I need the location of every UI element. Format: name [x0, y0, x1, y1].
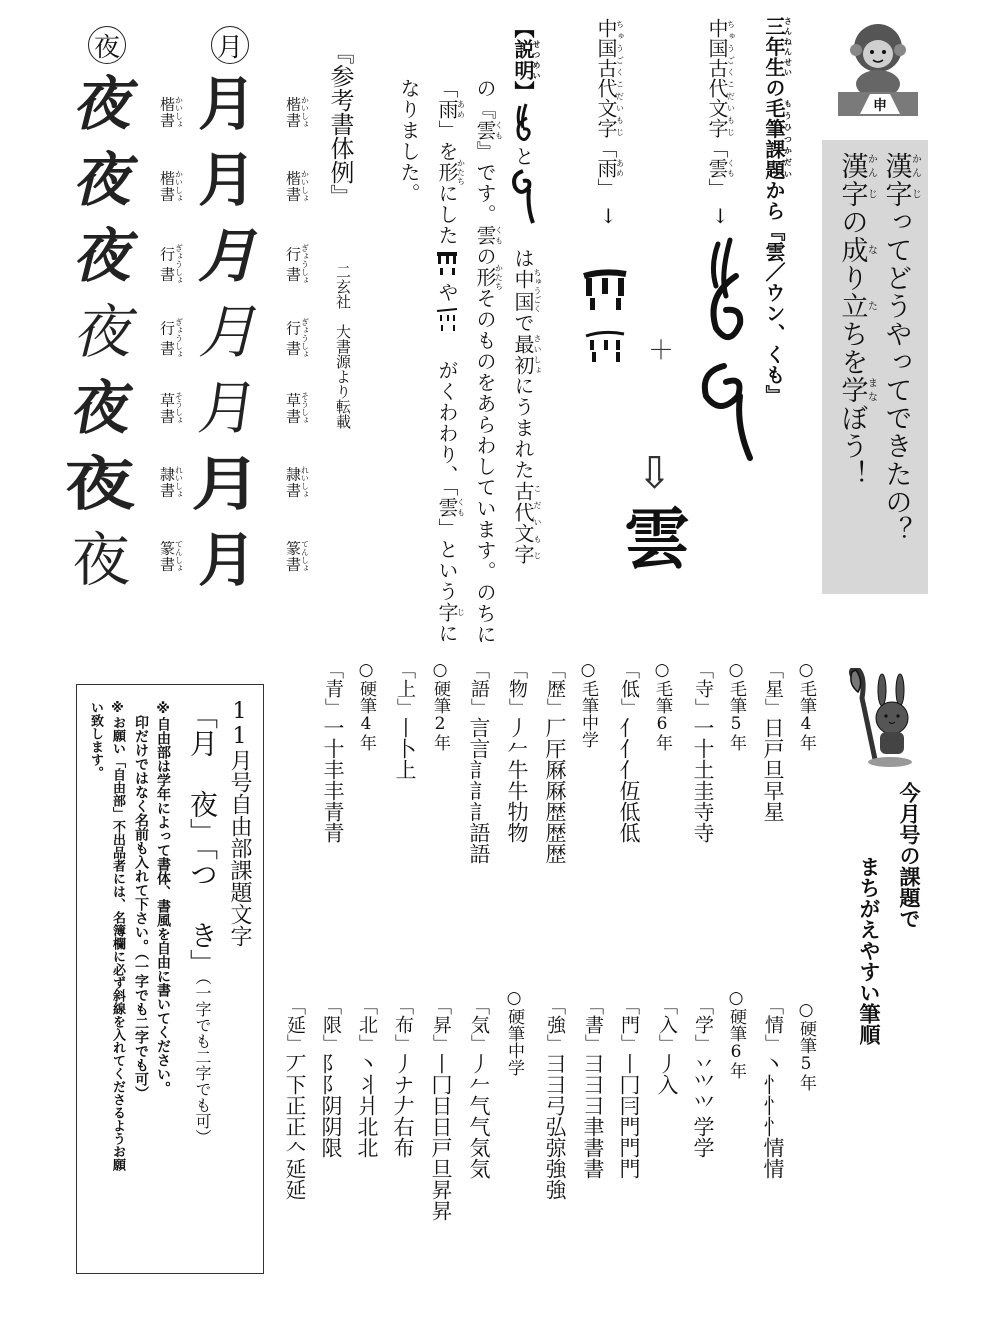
style-label: 楷書かいしょ: [284, 96, 309, 170]
tsuki-gyosho-2: 月: [198, 302, 264, 378]
kumo-glyph-inline-2: [514, 167, 538, 227]
grade-heading-mohitsu-chugaku: ○毛筆中学: [578, 660, 597, 748]
svg-text:申: 申: [873, 97, 887, 114]
result-kumo-char: 雲: [624, 504, 690, 574]
tsuki-tensho: 月: [198, 530, 264, 606]
yoru-reisho: 夜: [65, 454, 149, 530]
yoru-gyosho-2: 夜: [72, 302, 142, 378]
monkey-calligraphy-illustration: 申: [836, 14, 920, 118]
style-label: 行書ぎょうしょ: [158, 244, 183, 318]
stroke-order-title-line2: まちがえやすい筆順: [856, 856, 882, 1045]
stroke-order-row: 「昇」丨冂日日戸旦昇昇: [426, 996, 456, 1221]
explanation-line-2: の『雲くも』です。雲くもの形かたちそのものをあらわしています。のちに: [470, 78, 503, 645]
yoru-gyosho-1: 夜: [72, 226, 142, 302]
stroke-order-row: 「延」丆下正正𠆢延延: [280, 996, 310, 1200]
grade-heading-mohitsu-5: ○毛筆5年: [726, 660, 745, 751]
stroke-order-title-line1: 今月号の課題で: [896, 782, 922, 929]
stroke-order-row: 「強」⺕⺕弓弘弶強強: [540, 996, 570, 1200]
stroke-order-row: 「低」亻亻亻仾低低: [614, 660, 644, 843]
yoru-kaisho-2: 夜: [72, 150, 142, 226]
ame-glyph-inline-1: [438, 246, 462, 282]
grade-heading-kohitsu-5: ○硬筆5年: [796, 1000, 815, 1091]
kumo-subtitle: 三年生さんねんせいの毛筆課題もうひつかだいから『雲／ウン、くも』: [762, 16, 792, 406]
style-label: 行書ぎょうしょ: [158, 318, 183, 392]
style-labels-col-2: 楷書かいしょ 楷書かいしょ 行書ぎょうしょ 行書ぎょうしょ 草書そうしょ 隷書れ…: [158, 96, 184, 614]
grade-heading-kohitsu-6: ○硬筆6年: [726, 988, 745, 1079]
free-section-rule-2b: い致します。: [85, 701, 105, 779]
free-section-rule-1b: 印だけではなく名前も入れて下さい。（一字でも二字でも可）: [131, 715, 151, 1100]
free-section-rule-1a: ※自由部は学年によって書体、書風を自由に書いてください。: [153, 701, 173, 1095]
free-section-note: （一字でも二字でも可）: [193, 977, 212, 1145]
tsuki-calligraphy-col: 月 月 月 月 月 月 月: [198, 74, 264, 606]
yoru-heading-circle: 夜: [88, 26, 126, 64]
tsuki-gyosho-1: 月: [198, 226, 264, 302]
ame-glyph-inline-2: [438, 303, 462, 339]
hollow-down-arrow-icon: ⇩: [636, 448, 673, 499]
plus-icon: ＋: [648, 330, 674, 367]
down-arrow-icon-2: ↓: [600, 204, 617, 228]
grade-heading-mohitsu-6: ○毛筆6年: [652, 660, 671, 751]
yoru-kaisho-1: 夜: [72, 74, 142, 150]
ancient-kumo-glyph: [696, 236, 756, 466]
stroke-order-row: 「門」丨冂冃門門門: [614, 996, 644, 1179]
stroke-order-row: 「物」丿𠂉牛牛牞物: [502, 660, 532, 843]
header-title-line1: 漢かん字じってどうやってできたの？: [879, 152, 921, 544]
style-labels-col-1: 楷書かいしょ 楷書かいしょ 行書ぎょうしょ 行書ぎょうしょ 草書そうしょ 隷書れ…: [284, 96, 310, 614]
grade-heading-kohitsu-4: ○硬筆4年: [356, 660, 375, 751]
stroke-order-row: 「北」丶丬爿北北: [352, 996, 382, 1158]
reference-title: 『参考書体例』: [326, 40, 354, 208]
stroke-order-row: 「寺」一十土圭寺寺: [688, 660, 718, 843]
tsuki-reisho: 月: [191, 454, 270, 530]
stroke-order-row: 「書」⺕⺕⺕聿書書: [578, 996, 608, 1179]
yoru-calligraphy-col: 夜 夜 夜 夜 夜 夜 夜: [72, 74, 142, 606]
style-label: 楷書かいしょ: [158, 96, 183, 170]
explanation-line-1: 【説明せつめい】と は中国ちゅうごくで最初さいしょにうまれた古代文字こだいもじ: [508, 18, 542, 565]
stroke-order-row: 「気」丿𠂉气气気気: [464, 996, 494, 1179]
explanation-line-4: なりました。: [394, 78, 424, 204]
free-section-box: 11月号自由部課題文字 「月 夜」「つ き」（一字でも二字でも可） ※自由部は学…: [76, 684, 264, 1274]
stroke-order-row: 「情」丶忄忄忄情情: [758, 996, 788, 1179]
kumo-glyph-inline-1: [514, 102, 538, 146]
style-label: 楷書かいしょ: [284, 170, 309, 244]
ancient-ame-glyph: [580, 236, 630, 366]
stroke-order-row: 「限」阝阝阴阴限: [316, 996, 346, 1158]
header-title-box: 漢かん字じってどうやってできたの？ 漢かん字じの成なり立たちを学まなぼう！: [822, 140, 928, 594]
style-label: 楷書かいしょ: [158, 170, 183, 244]
free-section-title: 11月号自由部課題文字: [225, 699, 253, 947]
grade-heading-kohitsu-2: ○硬筆2年: [430, 660, 449, 751]
ancient-kumo-label: 中国古代文字ちゅうごくこだいもじ「雲くも」: [705, 18, 735, 198]
style-label: 隷書れいしょ: [158, 466, 183, 540]
style-label: 行書ぎょうしょ: [284, 244, 309, 318]
free-section-chars-line: 「月 夜」「つ き」（一字でも二字でも可）: [185, 701, 219, 1145]
stroke-order-row: 「布」丿ナ𠂇右布: [388, 996, 418, 1158]
stroke-order-row: 「学」丷⺍⺍学学: [688, 996, 718, 1158]
stroke-order-row: 「星」日戸旦早星: [758, 660, 788, 822]
grade-heading-mohitsu-4: ○毛筆4年: [796, 660, 815, 751]
tsuki-sosho: 月: [193, 378, 270, 454]
ancient-ame-label: 中国古代文字ちゅうごくこだいもじ「雨あめ」: [594, 18, 624, 198]
style-label: 隷書れいしょ: [284, 466, 309, 540]
stroke-order-row: 「上」丨卜上: [390, 660, 420, 780]
stroke-order-row: 「入」丿入: [652, 996, 682, 1095]
stroke-order-row: 「歴」厂厈厤厤歴歴歴: [540, 660, 570, 864]
tsuki-kaisho-2: 月: [198, 150, 264, 226]
style-label: 篆書てんしょ: [158, 540, 183, 614]
free-section-rule-2a: ※お願い「自由部」不出品者には、名簿欄に必ず斜線を入れてくださるようお願: [107, 701, 127, 1171]
style-label: 草書そうしょ: [284, 392, 309, 466]
style-label: 草書そうしょ: [158, 392, 183, 466]
style-label: 篆書てんしょ: [284, 540, 309, 614]
tsuki-kaisho-1: 月: [198, 74, 264, 150]
yoru-tensho: 夜: [72, 530, 142, 606]
down-arrow-icon: ↓: [712, 204, 729, 228]
stroke-order-row: 「語」言言訁訁訁語語: [464, 660, 494, 864]
header-title-line2: 漢かん字じの成なり立たちを学まなぼう！: [835, 152, 877, 488]
explanation-line-3: 「雨あめ」を形かたちにしたや がくわわり、「雲くも」という字じに: [432, 78, 465, 644]
tsuki-heading-circle: 月: [211, 26, 249, 64]
yoru-sosho: 夜: [65, 378, 148, 454]
free-section-chars: 「月 夜」「つ き」: [186, 701, 219, 977]
style-label: 行書ぎょうしょ: [284, 318, 309, 392]
stroke-order-row: 「青」一十丰丰青青: [318, 660, 348, 843]
rabbit-brush-illustration: [846, 668, 918, 768]
reference-source: 二玄社 大書源より転載: [334, 264, 352, 429]
grade-heading-kohitsu-chugaku: ○硬筆中学: [504, 988, 523, 1076]
